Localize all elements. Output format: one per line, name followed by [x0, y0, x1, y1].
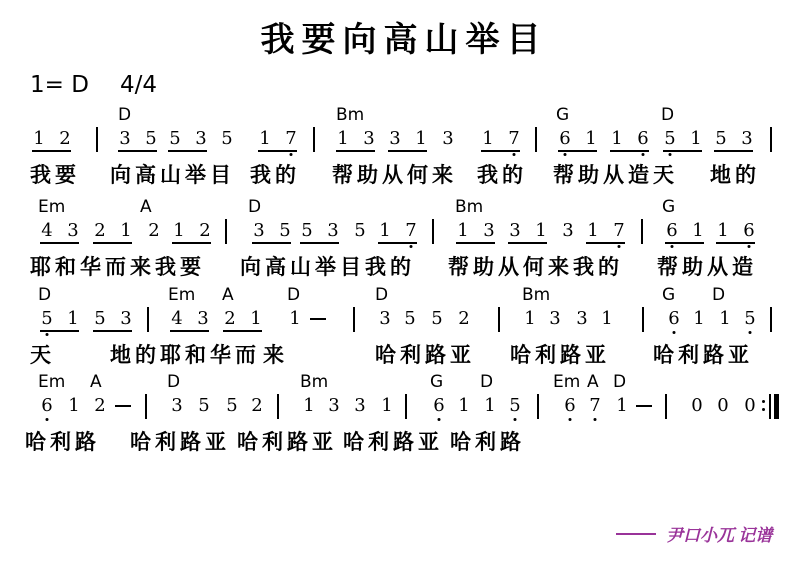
note: 1: [302, 395, 316, 417]
note: 3: [508, 220, 522, 242]
note: 3: [740, 128, 754, 150]
note: 5: [278, 220, 292, 242]
note: 1: [457, 395, 471, 417]
lyric-phrase: 哈利路亚: [510, 339, 610, 369]
note: 1: [615, 395, 629, 417]
note: 1: [586, 220, 600, 242]
note-beam-group: 43: [170, 308, 209, 332]
lyric-phrase: 天: [30, 339, 55, 369]
note: 2: [93, 220, 107, 242]
chord-label: Em: [168, 285, 195, 305]
lyric-phrase: 向高山举目我的: [240, 251, 415, 281]
note: 0: [743, 395, 757, 417]
credit-dash-icon: [616, 533, 656, 535]
note: 1: [456, 220, 470, 242]
note-beam-group: 17: [258, 128, 297, 152]
octave-dot: [290, 153, 293, 156]
lyric-row: 哈利路哈利路亚哈利路亚哈利路亚哈利路: [0, 426, 808, 456]
key-signature: 1= D: [30, 72, 89, 98]
time-signature: 4/4: [120, 72, 157, 98]
note: 5: [93, 308, 107, 330]
note: 3: [482, 220, 496, 242]
chord-label: G: [662, 285, 675, 305]
note: 3: [362, 128, 376, 150]
chord-label: D: [375, 285, 388, 305]
barline: [353, 307, 355, 332]
note-beam-group: 12: [32, 128, 71, 152]
chord-label: G: [430, 372, 443, 392]
repeat-thin-bar: [769, 394, 771, 419]
octave-dot: [671, 245, 674, 248]
note-beam-group: 16: [610, 128, 649, 152]
note: 1: [534, 220, 548, 242]
note: 1: [119, 220, 133, 242]
lyric-phrase: 哈利路: [450, 426, 525, 456]
duration-dash: [636, 405, 652, 407]
music-system: EmADBmG4321212355351713313176116耶和华而来我要向…: [0, 197, 808, 289]
barline: [145, 394, 147, 419]
lyric-row: 我要向高山举目我的帮助从何来我的帮助从造天地的: [0, 159, 808, 189]
note: 3: [388, 128, 402, 150]
barline: [535, 127, 537, 152]
barline: [770, 127, 772, 152]
note: 5: [168, 128, 182, 150]
chord-label: Em: [38, 197, 65, 217]
lyric-phrase: 来: [263, 339, 288, 369]
chord-label: A: [140, 197, 152, 217]
octave-dot: [564, 153, 567, 156]
note: 2: [198, 220, 212, 242]
lyric-phrase: 我的: [477, 159, 527, 189]
lyric-phrase: 帮助从造: [657, 251, 757, 281]
note-beam-group: 21: [93, 220, 132, 244]
music-system: EmADBmGDEmAD612355213316115671000哈利路哈利路亚…: [0, 372, 808, 464]
chord-label: Bm: [455, 197, 483, 217]
octave-dot: [594, 418, 597, 421]
note-beam-group: 35: [118, 128, 157, 152]
note: 5: [714, 128, 728, 150]
lyric-phrase: 哈利路亚: [653, 339, 753, 369]
note: 1: [481, 128, 495, 150]
chord-label: A: [222, 285, 234, 305]
note: 6: [432, 395, 446, 417]
note: 5: [508, 395, 522, 417]
note: 1: [523, 308, 537, 330]
note: 3: [353, 395, 367, 417]
note: 1: [610, 128, 624, 150]
octave-dot: [669, 153, 672, 156]
chord-label: Bm: [300, 372, 328, 392]
chord-label: G: [662, 197, 675, 217]
lyric-phrase: 耶和华而来我要: [30, 251, 205, 281]
chord-label: Bm: [336, 105, 364, 125]
note: 7: [612, 220, 626, 242]
note-beam-group: 21: [223, 308, 262, 332]
note: 6: [40, 395, 54, 417]
note: 3: [252, 220, 266, 242]
note: 7: [284, 128, 298, 150]
note: 2: [58, 128, 72, 150]
note-beam-group: 43: [40, 220, 79, 244]
note: 5: [663, 128, 677, 150]
lyric-phrase: 帮助从造天: [553, 159, 678, 189]
note: 3: [194, 128, 208, 150]
note: 5: [40, 308, 54, 330]
note: 2: [223, 308, 237, 330]
note-beam-group: 53: [168, 128, 207, 152]
chord-label: D: [38, 285, 51, 305]
lyric-phrase: 向高山举目: [110, 159, 235, 189]
note: 2: [93, 395, 107, 417]
note: 0: [690, 395, 704, 417]
octave-dot: [673, 331, 676, 334]
note: 3: [441, 128, 455, 150]
barline: [537, 394, 539, 419]
chord-label: A: [587, 372, 599, 392]
chord-label: Em: [38, 372, 65, 392]
octave-dot: [438, 418, 441, 421]
note: 5: [225, 395, 239, 417]
note: 1: [380, 395, 394, 417]
note-row: 4321212355351713313176116: [0, 220, 808, 252]
note-beam-group: 53: [714, 128, 753, 152]
note: 1: [716, 220, 730, 242]
barline: [147, 307, 149, 332]
note: 5: [403, 308, 417, 330]
octave-dot: [748, 245, 751, 248]
octave-dot: [514, 418, 517, 421]
note: 1: [288, 308, 302, 330]
note: 5: [220, 128, 234, 150]
octave-dot: [618, 245, 621, 248]
note: 3: [119, 308, 133, 330]
barline: [313, 127, 315, 152]
note-beam-group: 51: [663, 128, 702, 152]
note: 7: [507, 128, 521, 150]
note-beam-group: 12: [172, 220, 211, 244]
lyric-row: 耶和华而来我要向高山举目我的帮助从何来我的帮助从造: [0, 251, 808, 281]
note: 1: [67, 395, 81, 417]
chord-label: A: [90, 372, 102, 392]
note-beam-group: 31: [508, 220, 547, 244]
note: 6: [636, 128, 650, 150]
note: 6: [667, 308, 681, 330]
note: 3: [327, 395, 341, 417]
transcriber-credit: 尹口小兀 记谱: [616, 521, 772, 546]
chord-label: D: [712, 285, 725, 305]
note: 1: [32, 128, 46, 150]
note: 6: [558, 128, 572, 150]
note: 1: [600, 308, 614, 330]
chord-label: D: [167, 372, 180, 392]
repeat-end-sign: [762, 394, 780, 419]
lyric-phrase: 哈利路亚: [343, 426, 443, 456]
note: 1: [378, 220, 392, 242]
note-beam-group: 17: [586, 220, 625, 244]
note: 3: [118, 128, 132, 150]
octave-dot: [46, 418, 49, 421]
note: 7: [588, 395, 602, 417]
repeat-thick-bar: [774, 394, 779, 419]
note: 5: [197, 395, 211, 417]
note-beam-group: 17: [481, 128, 520, 152]
note-beam-group: 51: [40, 308, 79, 332]
note: 3: [548, 308, 562, 330]
chord-label: D: [287, 285, 300, 305]
note: 3: [575, 308, 589, 330]
chord-label: D: [613, 372, 626, 392]
chord-label: G: [556, 105, 569, 125]
repeat-dot: [762, 400, 765, 403]
barline: [642, 307, 644, 332]
note-beam-group: 61: [665, 220, 704, 244]
barline: [432, 219, 434, 244]
octave-dot: [642, 153, 645, 156]
lyric-phrase: 地的: [710, 159, 760, 189]
note: 3: [378, 308, 392, 330]
barline: [665, 394, 667, 419]
barline: [277, 394, 279, 419]
note: 1: [692, 308, 706, 330]
note: 1: [718, 308, 732, 330]
chord-label: Bm: [522, 285, 550, 305]
note: 1: [336, 128, 350, 150]
note-beam-group: 13: [456, 220, 495, 244]
note: 7: [404, 220, 418, 242]
note: 1: [414, 128, 428, 150]
octave-dot: [749, 331, 752, 334]
note-beam-group: 53: [300, 220, 339, 244]
duration-dash: [115, 405, 131, 407]
lyric-phrase: 哈利路: [25, 426, 100, 456]
credit-text: 尹口小兀 记谱: [666, 521, 772, 546]
note: 6: [563, 395, 577, 417]
chord-label: Em: [553, 372, 580, 392]
barline: [96, 127, 98, 152]
note: 1: [172, 220, 186, 242]
note: 1: [249, 308, 263, 330]
lyric-row: 天地的耶和华而来哈利路亚哈利路亚哈利路亚: [0, 339, 808, 369]
note: 1: [584, 128, 598, 150]
lyric-phrase: 我的: [250, 159, 300, 189]
note-beam-group: 17: [378, 220, 417, 244]
octave-dot: [513, 153, 516, 156]
octave-dot: [410, 245, 413, 248]
note: 1: [258, 128, 272, 150]
sheet-page: 我要向高山举目 1= D 4/4 DBmGD123553517133131761…: [0, 0, 808, 561]
note: 5: [743, 308, 757, 330]
lyric-phrase: 耶和华而: [160, 339, 260, 369]
note: 1: [483, 395, 497, 417]
note: 4: [40, 220, 54, 242]
note: 5: [300, 220, 314, 242]
note: 3: [326, 220, 340, 242]
octave-dot: [569, 418, 572, 421]
chord-label: D: [118, 105, 131, 125]
note-beam-group: 61: [558, 128, 597, 152]
music-system: DBmGD123553517133131761165153我要向高山举目我的帮助…: [0, 105, 808, 197]
barline: [405, 394, 407, 419]
repeat-dot: [762, 408, 765, 411]
note-row: 515343211355213316115: [0, 308, 808, 340]
note: 2: [147, 220, 161, 242]
note: 6: [742, 220, 756, 242]
note: 4: [170, 308, 184, 330]
note-beam-group: 35: [252, 220, 291, 244]
note-beam-group: 16: [716, 220, 755, 244]
note: 1: [691, 220, 705, 242]
song-title: 我要向高山举目: [0, 12, 808, 61]
barline: [498, 307, 500, 332]
barline: [770, 307, 772, 332]
note-beam-group: 31: [388, 128, 427, 152]
note: 6: [665, 220, 679, 242]
note: 1: [689, 128, 703, 150]
barline: [225, 219, 227, 244]
note-row: 612355213316115671000: [0, 395, 808, 427]
note: 0: [716, 395, 730, 417]
note: 2: [457, 308, 471, 330]
note-beam-group: 13: [336, 128, 375, 152]
lyric-phrase: 地的: [110, 339, 160, 369]
octave-dot: [46, 333, 49, 336]
lyric-phrase: 哈利路亚: [237, 426, 337, 456]
note-beam-group: 53: [93, 308, 132, 332]
lyric-phrase: 帮助从何来: [332, 159, 457, 189]
note: 3: [561, 220, 575, 242]
chord-label: D: [248, 197, 261, 217]
chord-label: D: [661, 105, 674, 125]
note: 5: [430, 308, 444, 330]
music-system: DEmADDBmGD515343211355213316115天地的耶和华而来哈…: [0, 285, 808, 377]
note-row: 123553517133131761165153: [0, 128, 808, 160]
note: 3: [196, 308, 210, 330]
note: 1: [66, 308, 80, 330]
barline: [641, 219, 643, 244]
chord-label: D: [480, 372, 493, 392]
lyric-phrase: 哈利路亚: [375, 339, 475, 369]
lyric-phrase: 哈利路亚: [130, 426, 230, 456]
duration-dash: [310, 318, 326, 320]
note: 3: [66, 220, 80, 242]
note: 5: [353, 220, 367, 242]
note: 3: [170, 395, 184, 417]
note: 2: [250, 395, 264, 417]
lyric-phrase: 帮助从何来我的: [448, 251, 623, 281]
lyric-phrase: 我要: [30, 159, 80, 189]
note: 5: [144, 128, 158, 150]
